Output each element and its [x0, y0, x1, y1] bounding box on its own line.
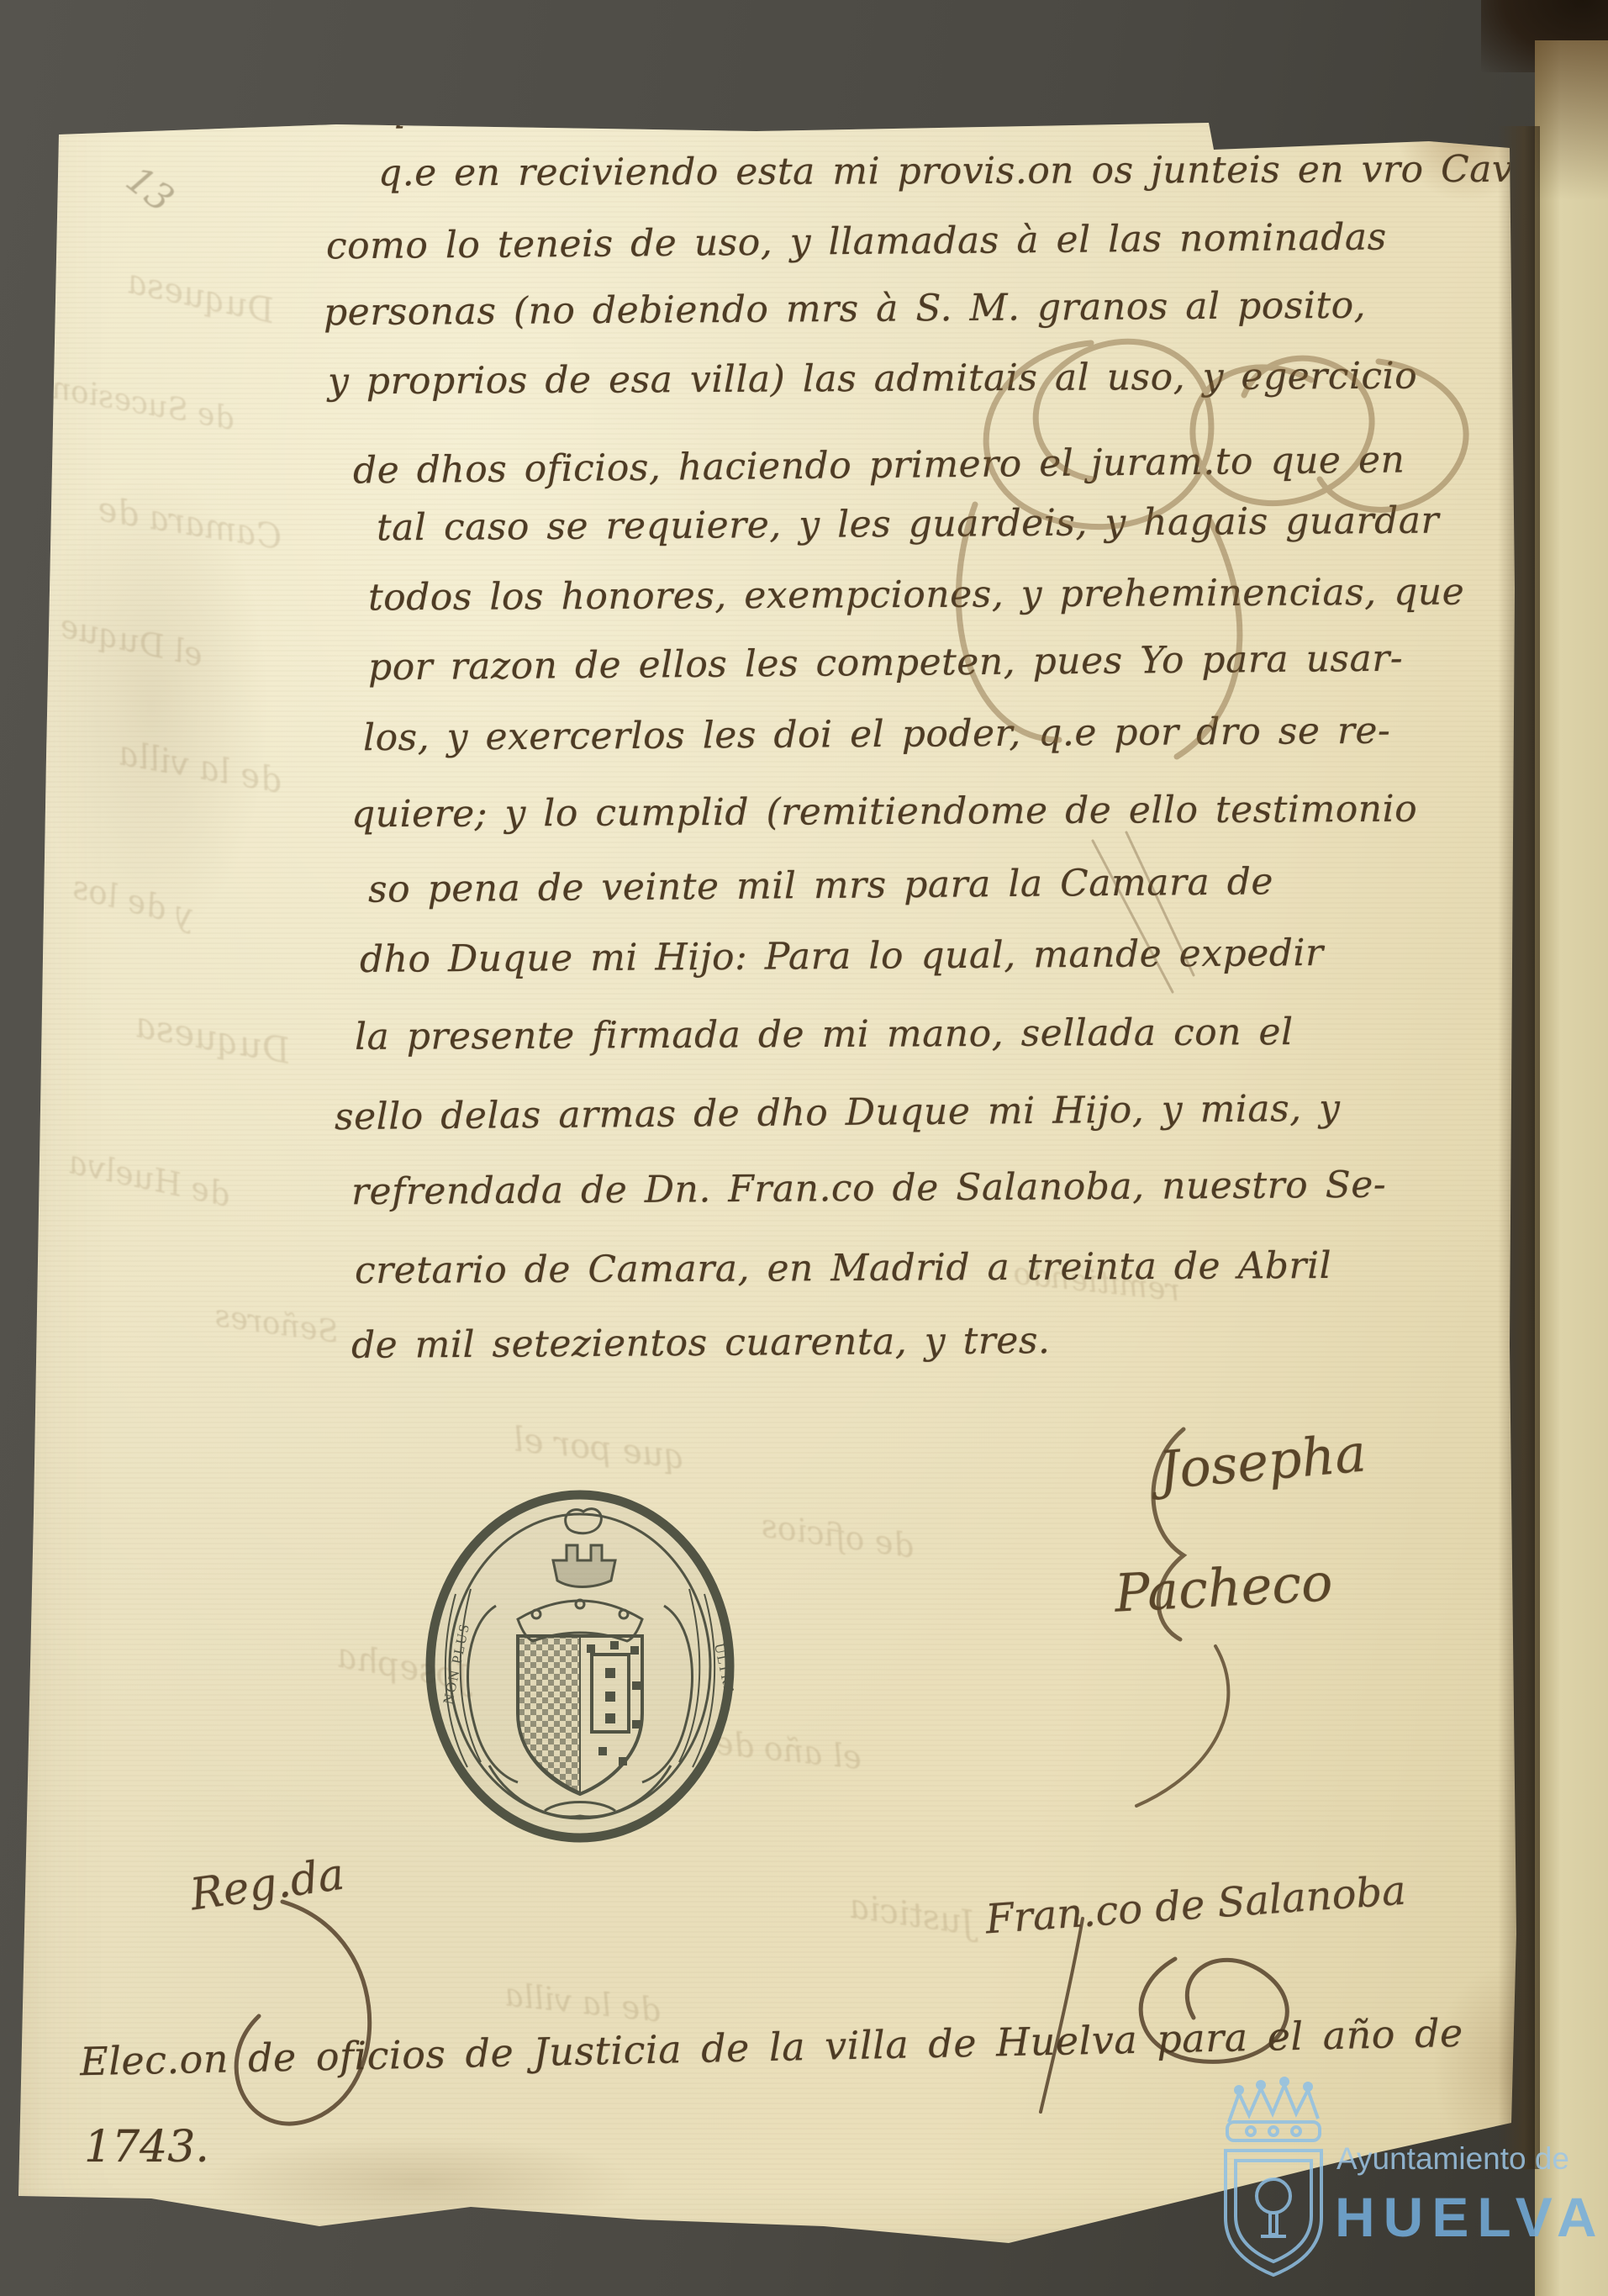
manuscript-line: refrendada de Dn. Fran.co de Salanoba, n… — [351, 1164, 1387, 1214]
watermark-line2: HUELVA — [1335, 2186, 1605, 2248]
scan-background: 13 Duquesade SucesionCamara deel Duquede… — [0, 0, 1608, 2296]
signature-pacheco: Pacheco — [1113, 1551, 1334, 1623]
manuscript-line: por razon de ellos les competen, pues Yo… — [368, 637, 1404, 689]
manuscript-line: tal caso se requiere, y les guardeis, y … — [377, 499, 1439, 550]
manuscript-line: de mil setezientos cuarenta, y tres. — [351, 1319, 1051, 1367]
manuscript-line: la presente firmada de mi mano, sellada … — [355, 1011, 1294, 1058]
ducal-seal-stamp: NON PLUS ULTRA — [419, 1480, 742, 1848]
manuscript-line: q.e Yo en otras personas los provea. Por… — [382, 81, 1521, 129]
manuscript-line: cretario de Camara, en Madrid a treinta … — [355, 1244, 1331, 1292]
manuscript-line: so pena de veinte mil mrs para la Camara… — [368, 860, 1273, 910]
huelva-watermark: Ayuntamiento de HUELVA — [1210, 2070, 1605, 2296]
manuscript-line: quiere; y lo cumplid (remitiendome de el… — [351, 788, 1417, 837]
manuscript-line: todos los honores, exempciones, y prehem… — [368, 571, 1464, 620]
page-edge-stain — [1535, 40, 1608, 200]
huelva-shield-icon — [1226, 2078, 1321, 2275]
manuscript-line: sello delas armas de dho Duque mi Hijo, … — [335, 1087, 1341, 1138]
page-fold-shadow — [1498, 126, 1540, 2169]
manuscript-line: dho Duque mi Hijo: Para lo qual, mande e… — [360, 932, 1324, 981]
manuscript-page: 13 Duquesade SucesionCamara deel Duquede… — [0, 0, 1608, 2296]
manuscript-line: los, y exercerlos les doi el poder, q.e … — [363, 710, 1391, 760]
manuscript-line: personas (no debiendo mrs à S. M. granos… — [324, 284, 1366, 335]
paper-vignette — [0, 0, 1608, 2296]
adjacent-page-edge — [1535, 40, 1608, 2296]
watermark-line1: Ayuntamiento de — [1336, 2141, 1569, 2176]
manuscript-line: q.e en reciviendo esta mi provis.on os j… — [378, 148, 1568, 195]
election-year: 1743. — [84, 2122, 209, 2172]
manuscript-line: y proprios de esa villa) las admitais al… — [328, 355, 1417, 404]
